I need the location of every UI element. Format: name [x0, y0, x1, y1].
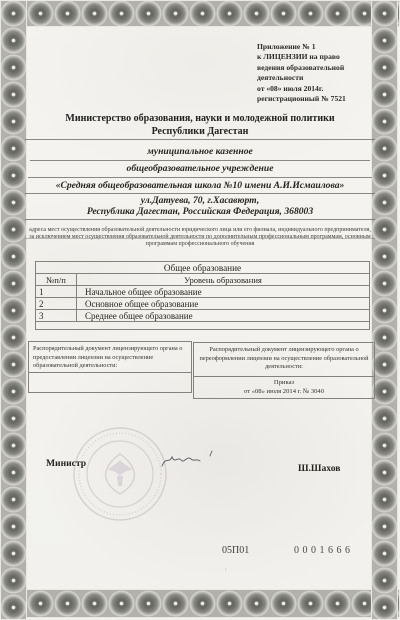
institution-type-line-1: муниципальное казенное	[28, 146, 372, 157]
row-level: Основное общее образование	[77, 298, 370, 310]
order-date-number: от «08» июля 2014 г. № 3040	[194, 388, 374, 397]
form-number: 0001666	[294, 545, 354, 556]
license-appendix-document: Приложение № 1 к ЛИЦЕНЗИИ на право веден…	[0, 0, 400, 620]
table-header-row: №п/п Уровень образования	[36, 274, 370, 286]
appendix-line: от «08» июля 2014г.	[257, 84, 389, 94]
ministry-heading: Министерство образования, науки и молоде…	[28, 112, 372, 138]
institution-name: «Средняя общеобразовательная школа №10 и…	[28, 180, 372, 191]
table-row: 3 Среднее общее образование	[36, 310, 370, 322]
empty-cell	[36, 322, 370, 330]
row-number: 3	[36, 310, 77, 322]
row-level: Начальное общее образование	[77, 286, 370, 298]
column-header-number: №п/п	[36, 274, 77, 286]
divider-line	[25, 139, 375, 140]
license-grant-order-value	[29, 373, 191, 375]
appendix-line: Приложение № 1	[257, 42, 389, 52]
appendix-line: деятельности	[257, 73, 389, 83]
appendix-line: ведения образовательной	[257, 63, 389, 73]
minister-signature	[158, 448, 228, 474]
table-title: Общее образование	[36, 262, 370, 274]
order-name: Приказ	[194, 379, 374, 388]
institution-address-line-1: ул.Датуева, 70, г.Хасавюрт,	[28, 195, 372, 206]
license-grant-order-title: Распорядительный документ лицензирующего…	[29, 342, 191, 373]
divider-line	[28, 177, 372, 178]
row-level: Среднее общее образование	[77, 310, 370, 322]
ministry-line-2: Республики Дагестан	[28, 125, 372, 138]
divider-line	[30, 160, 370, 161]
license-grant-order-box: Распорядительный документ лицензирующего…	[28, 341, 192, 393]
border-band-top	[0, 0, 400, 27]
divider-line	[25, 219, 375, 220]
education-table: Общее образование №п/п Уровень образован…	[35, 261, 370, 330]
license-reissue-order-title: Распорядительный документ лицензирующего…	[194, 343, 374, 377]
appendix-line: регистрационный № 7521	[257, 94, 389, 104]
divider-line	[25, 193, 375, 194]
scan-speck: :	[225, 567, 227, 573]
divider-line	[25, 238, 375, 239]
table-row: 1 Начальное общее образование	[36, 286, 370, 298]
ministry-line-1: Министерство образования, науки и молоде…	[28, 112, 372, 125]
institution-address-line-2: Республика Дагестан, Российская Федераци…	[28, 206, 372, 217]
table-title-row: Общее образование	[36, 262, 370, 274]
row-number: 1	[36, 286, 77, 298]
table-row: 2 Основное общее образование	[36, 298, 370, 310]
row-number: 2	[36, 298, 77, 310]
form-series: 05П01	[222, 545, 249, 556]
border-band-left	[0, 0, 27, 620]
official-seal	[70, 424, 170, 524]
border-band-bottom	[0, 589, 400, 618]
license-reissue-order-box: Распорядительный документ лицензирующего…	[193, 342, 375, 399]
minister-title: Министр	[46, 458, 86, 469]
appendix-line: к ЛИЦЕНЗИИ на право	[257, 52, 389, 62]
appendix-reference-block: Приложение № 1 к ЛИЦЕНЗИИ на право веден…	[257, 42, 389, 104]
minister-name: Ш.Шахов	[298, 463, 340, 474]
institution-type-line-2: общеобразовательное учреждение	[28, 163, 372, 174]
table-filler-row	[36, 322, 370, 330]
column-header-level: Уровень образования	[77, 274, 370, 286]
